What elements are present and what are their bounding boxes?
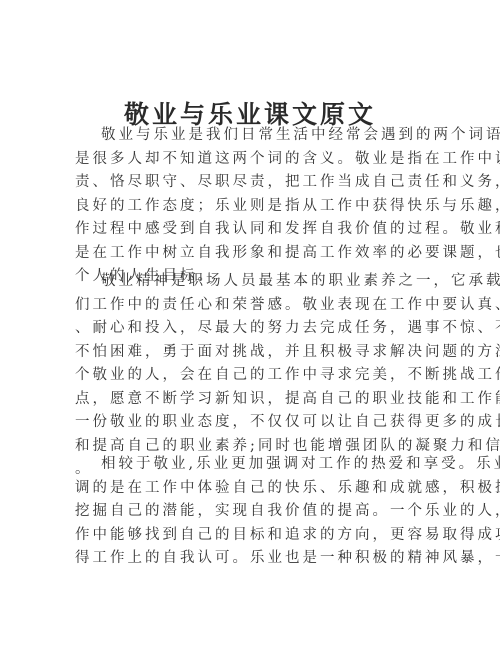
text-line: 调的是在工作中体验自己的快乐、乐趣和成就感，积极探索、	[75, 477, 435, 501]
text-line: 挖掘自己的潜能，实现自我价值的提高。一个乐业的人，在工	[75, 500, 435, 524]
text-line: 是很多人却不知道这两个词的含义。敬业是指在工作中认真负	[75, 148, 435, 172]
document-page: 敬业与乐业课文原文 敬业与乐业是我们日常生活中经常会遇到的两个词语，但 是很多人…	[0, 0, 500, 647]
text-line: 得工作上的自我认可。乐业也是一种积极的精神风暴，一个乐	[75, 547, 435, 571]
text-line: 是在工作中树立自我形象和提高工作效率的必要课题，也是每	[75, 242, 435, 266]
text-line: 敬业与乐业是我们日常生活中经常会遇到的两个词语，但	[75, 124, 435, 148]
text-line: 相较于敬业,乐业更加强调对工作的热爱和享受。乐业强	[75, 453, 435, 477]
text-line: 作过程中感受到自我认同和发挥自我价值的过程。敬业和乐业	[75, 218, 435, 242]
paragraph-3: 相较于敬业,乐业更加强调对工作的热爱和享受。乐业强 调的是在工作中体验自己的快乐…	[75, 453, 435, 571]
text-line: 、耐心和投入，尽最大的努力去完成任务，遇事不惊、不慌、	[75, 317, 435, 341]
paragraph-2: 敬业精神是职场人员最基本的职业素养之一，它承载着我 们工作中的责任心和荣誉感。敬…	[75, 270, 435, 482]
text-line: 一份敬业的职业态度，不仅仅可以让自己获得更多的成长机会	[75, 411, 435, 435]
text-line: 责、恪尽职守、尽职尽责，把工作当成自己责任和义务，保持	[75, 171, 435, 195]
text-line: 敬业精神是职场人员最基本的职业素养之一，它承载着我	[75, 270, 435, 294]
text-line: 不怕困难，勇于面对挑战，并且积极寻求解决问题的方法。一	[75, 341, 435, 365]
paragraph-1: 敬业与乐业是我们日常生活中经常会遇到的两个词语，但 是很多人却不知道这两个词的含…	[75, 124, 435, 289]
text-line: 作中能够找到自己的目标和追求的方向，更容易取得成功并获	[75, 524, 435, 548]
text-line: 个敬业的人，会在自己的工作中寻求完美，不断挑战工作的难	[75, 364, 435, 388]
text-line: 点，愿意不断学习新知识，提高自己的职业技能和工作能力。	[75, 388, 435, 412]
text-line: 良好的工作态度；乐业则是指从工作中获得快乐与乐趣，在工	[75, 195, 435, 219]
text-line: 们工作中的责任心和荣誉感。敬业表现在工作中要认真、负责	[75, 294, 435, 318]
